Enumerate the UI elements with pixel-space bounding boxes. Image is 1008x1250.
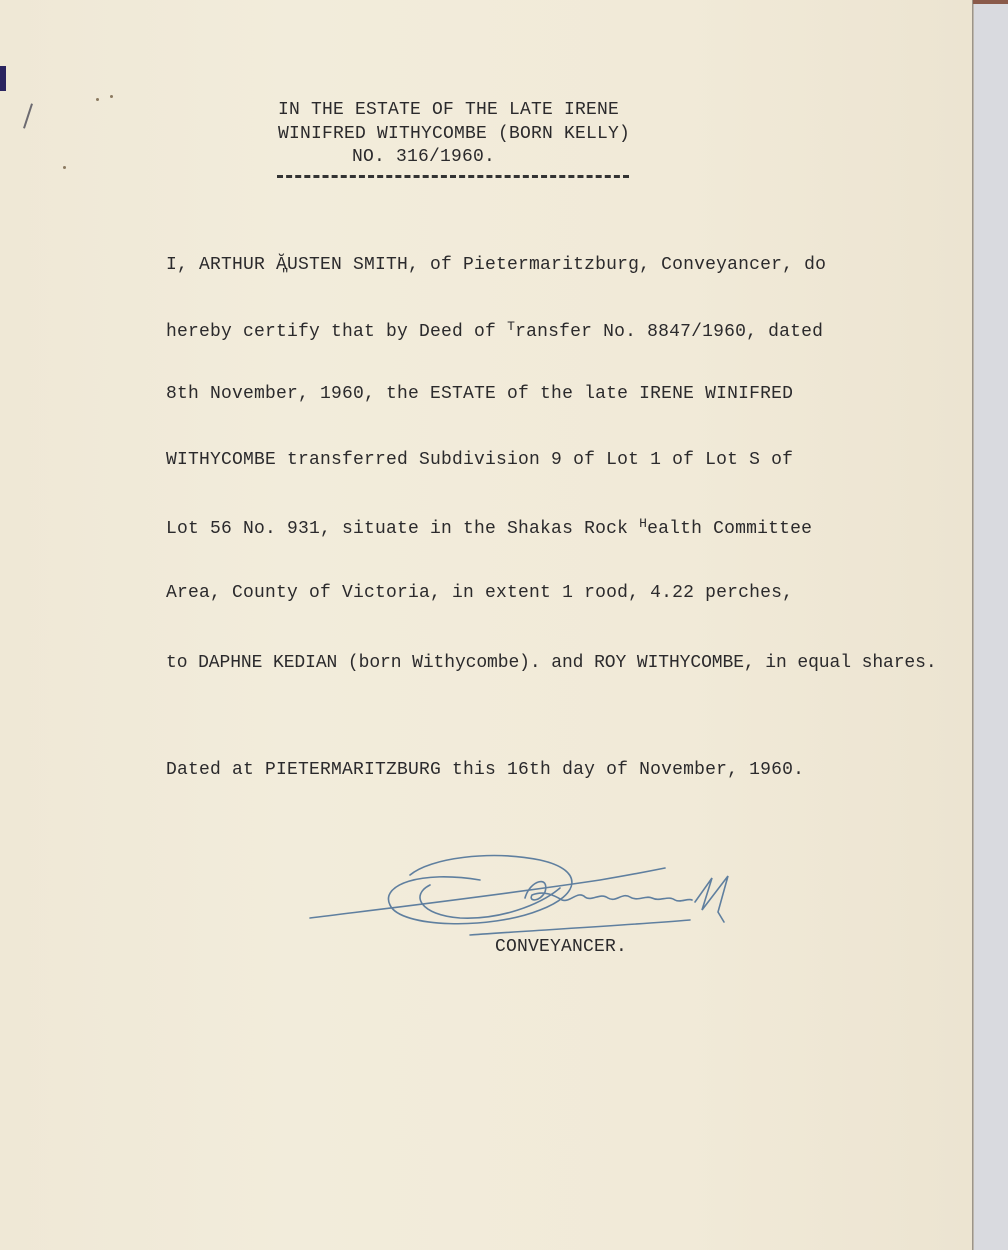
signature [300,840,750,940]
paper-speck [110,95,113,98]
body-line-3: 8th November, 1960, the ESTATE of the la… [166,384,793,404]
text-fragment: ealth Committee [647,519,812,539]
binding-mark [0,66,6,91]
heading-case-number: NO. 316/1960. [352,147,495,167]
heading-underline [277,175,629,178]
heading-line-1: IN THE ESTATE OF THE LATE IRENE [278,100,619,120]
text-fragment: ransfer No. 8847/1960, dated [515,322,823,342]
body-line-5: Lot 56 No. 931, situate in the Shakas Ro… [166,516,812,539]
body-line-7: to DAPHNE KEDIAN (born Withycombe). and … [166,653,937,673]
typed-mark: " [281,267,289,283]
heading-line-2: WINIFRED WITHYCOMBE (BORN KELLY) [278,124,630,144]
text-fragment: Lot 56 No. 931, situate in the Shakas Ro… [166,519,639,539]
body-line-2: hereby certify that by Deed of Transfer … [166,319,823,342]
paper-speck [96,98,99,101]
raised-letter: T [507,319,515,334]
dated-line: Dated at PIETERMARITZBURG this 16th day … [166,760,804,780]
signature-caption: CONVEYANCER. [495,937,627,957]
paper-speck [63,166,66,169]
body-line-6: Area, County of Victoria, in extent 1 ro… [166,583,793,603]
document-page [0,0,972,1250]
raised-letter: H [639,516,647,531]
body-line-1: I, ARTHUR ĂUSTEN SMITH, of Pietermaritzb… [166,255,826,275]
background-edge [973,0,1008,4]
text-fragment: hereby certify that by Deed of [166,322,507,342]
body-line-4: WITHYCOMBE transferred Subdivision 9 of … [166,450,793,470]
